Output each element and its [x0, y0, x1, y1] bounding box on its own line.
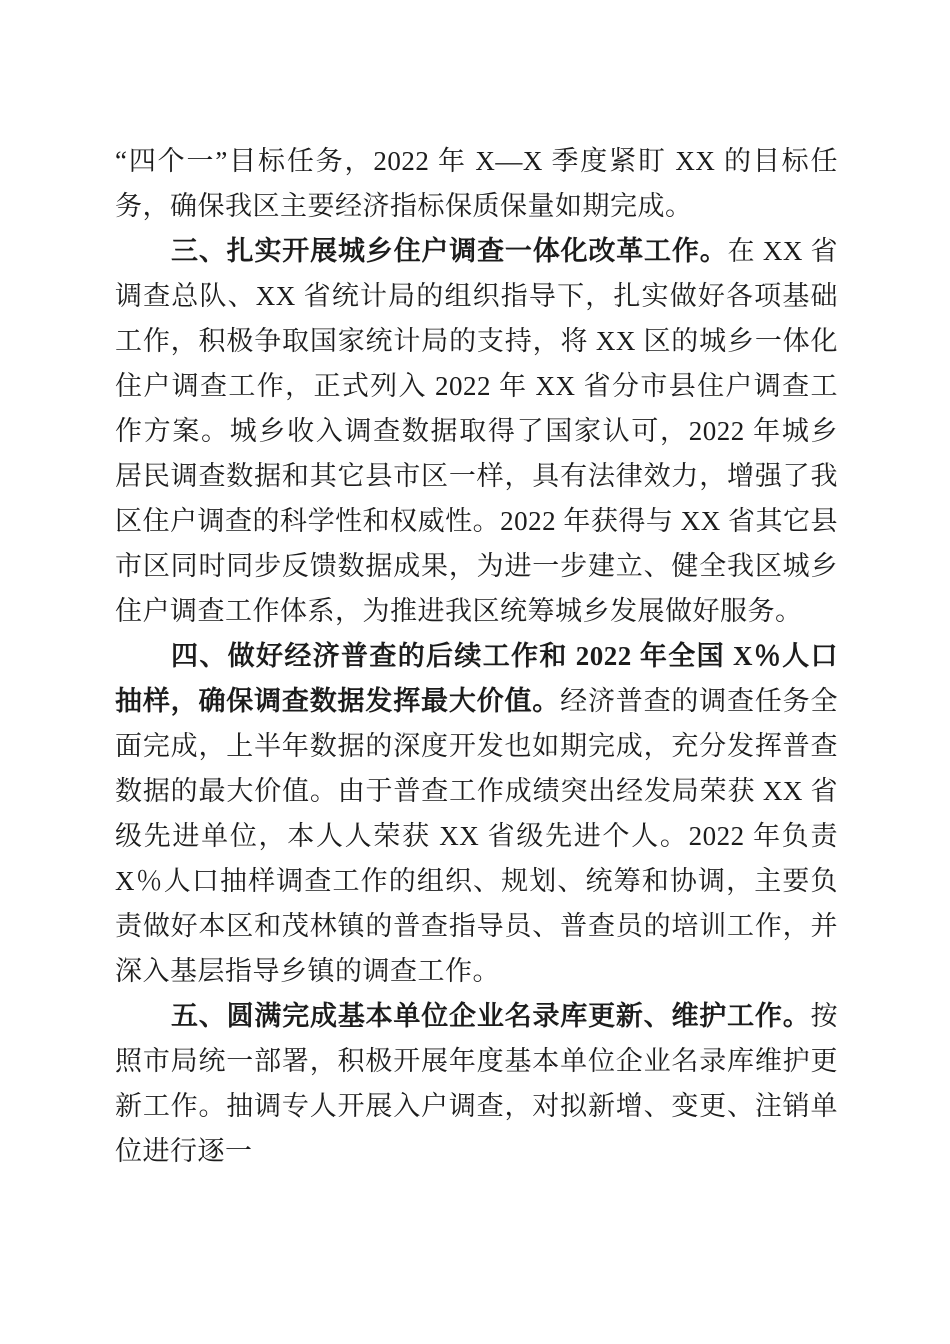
document-page: “四个一”目标任务，2022 年 X—X 季度紧盯 XX 的目标任务，确保我区主…	[0, 0, 950, 1344]
paragraph-carryover: “四个一”目标任务，2022 年 X—X 季度紧盯 XX 的目标任务，确保我区主…	[115, 139, 838, 229]
body-text-run: 在 XX 省调查总队、XX 省统计局的组织指导下，扎实做好各项基础工作，积极争取…	[115, 236, 838, 626]
body-text-run: 经济普查的调查任务全面完成，上半年数据的深度开发也如期完成，充分发挥普查数据的最…	[115, 686, 838, 986]
paragraph-section-3: 三、扎实开展城乡住户调查一体化改革工作。在 XX 省调查总队、XX 省统计局的组…	[115, 229, 838, 634]
body-text-run: “四个一”目标任务，2022 年 X—X 季度紧盯 XX 的目标任务，确保我区主…	[115, 146, 838, 221]
document-body: “四个一”目标任务，2022 年 X—X 季度紧盯 XX 的目标任务，确保我区主…	[115, 139, 838, 1174]
paragraph-section-5: 五、圆满完成基本单位企业名录库更新、维护工作。按照市局统一部署，积极开展年度基本…	[115, 994, 838, 1174]
section-5-heading-run: 五、圆满完成基本单位企业名录库更新、维护工作。	[171, 1001, 811, 1031]
paragraph-section-4: 四、做好经济普查的后续工作和 2022 年全国 X％人口抽样，确保调查数据发挥最…	[115, 634, 838, 994]
section-3-heading-run: 三、扎实开展城乡住户调查一体化改革工作。	[171, 236, 728, 266]
